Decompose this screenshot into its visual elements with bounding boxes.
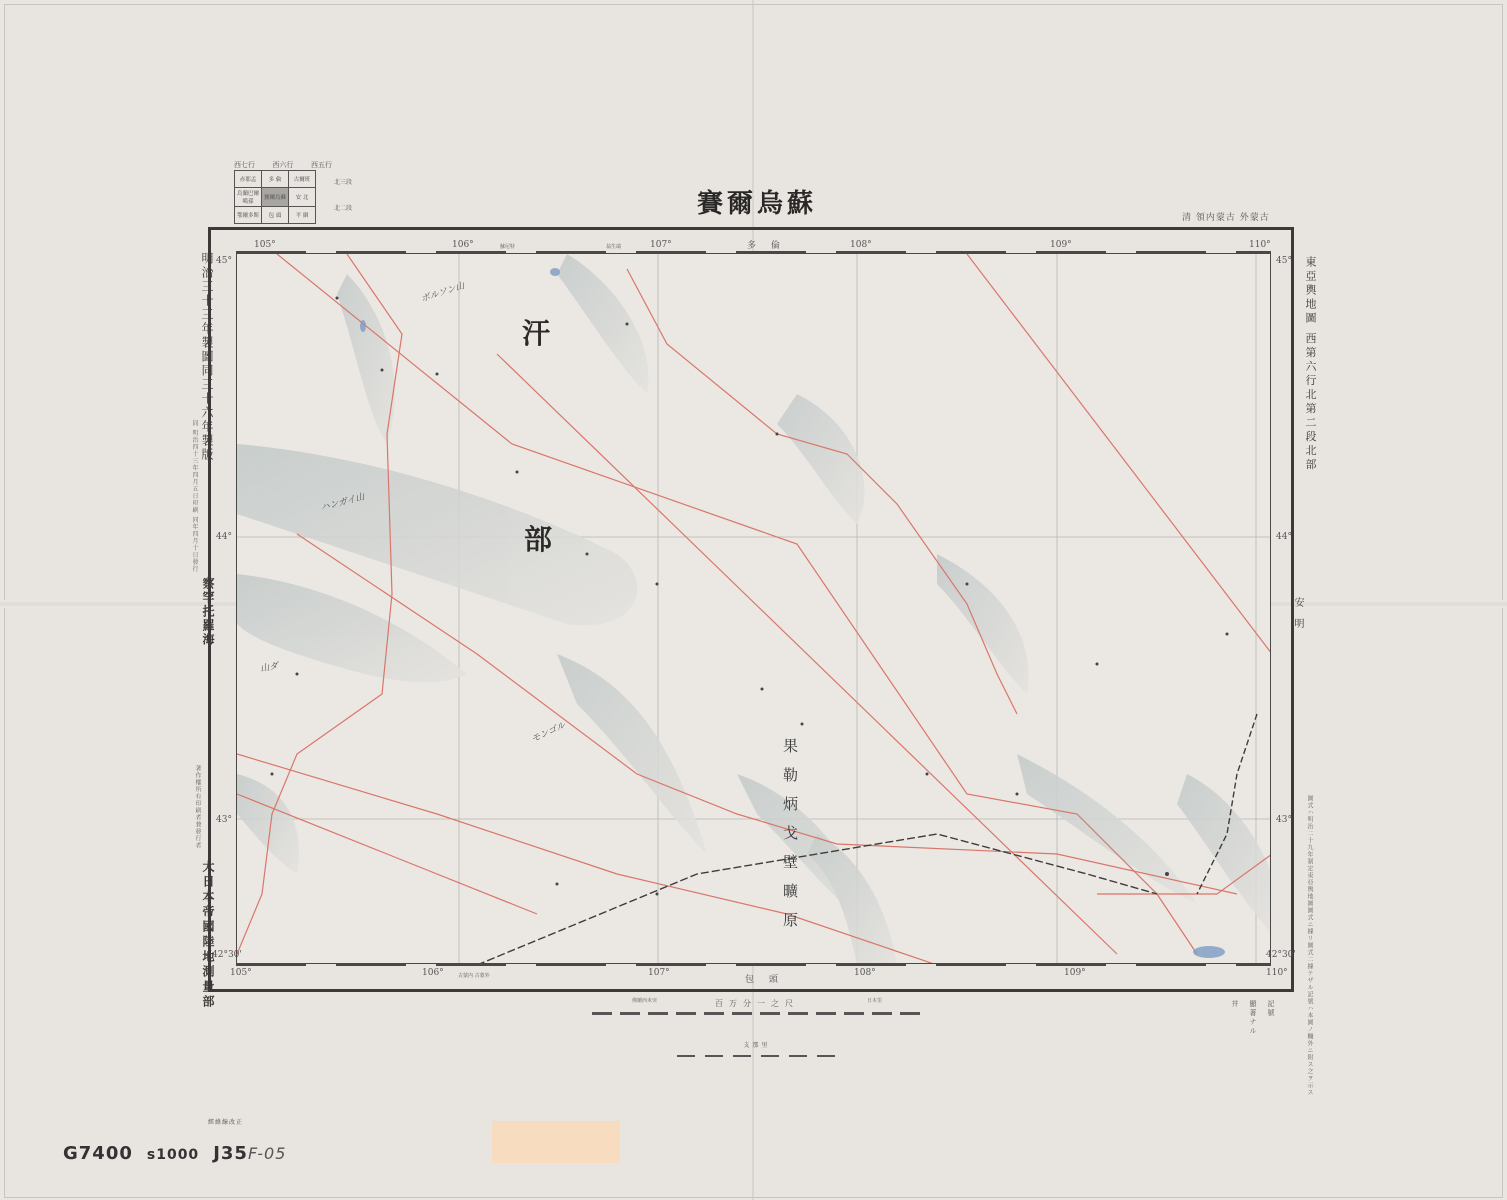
lon-tick-bottom: 105°	[230, 968, 252, 978]
lat-tick-right: 45°	[1276, 256, 1292, 266]
symbol-note: 圖式ハ明治二十九年制定東亞輿地圖圖式ニ據リ圖式二據テザル記號ハ本圖ノ欄外ニ附ス之…	[1305, 795, 1314, 1096]
lon-tick-top: 106°	[452, 240, 474, 250]
lon-tick-top: 105°	[254, 240, 276, 250]
scale-bar-graphic-2	[677, 1055, 837, 1057]
bottom-adjacent-sheet: 包 頭	[745, 972, 784, 985]
top-border-label-1: 蘇尼特	[500, 243, 515, 250]
top-border-label-2: 翁生端	[606, 243, 621, 250]
region-label-han: 汗	[522, 312, 550, 352]
top-adjacent-sheet: 多 倫	[747, 238, 786, 251]
call-number-scale: s1000	[147, 1147, 199, 1163]
map-border-dashes-bottom	[236, 963, 1271, 966]
index-table: 赤那孟 多 倫 古爾班 烏蘭巴爾噶孫 賽爾烏蘇 安 北 鄂爾多斯 包 頭 平 網	[234, 170, 316, 224]
print-date-info: 同 明治四十三年四月五日印刷 同年四月十日發行	[190, 420, 199, 573]
index-col-3: 西五行	[311, 160, 332, 170]
map-border-dashes-top	[236, 251, 1271, 254]
map-inner-frame	[236, 253, 1271, 964]
relief-shading	[237, 254, 1271, 964]
index-cell: 多 倫	[262, 171, 289, 188]
scale-bar-graphic	[592, 1012, 922, 1015]
index-cell: 鄂爾多斯	[235, 207, 262, 224]
index-row-1: 北三段	[334, 170, 352, 196]
lon-tick-bottom: 108°	[854, 968, 876, 978]
lat-tick-right: 42°30'	[1266, 950, 1296, 960]
edition-info: 明治三十三年製圖同三十六年製版	[199, 252, 216, 462]
lon-tick-bottom: 107°	[648, 968, 670, 978]
desert-label: 果勒炳戈壁曠原	[780, 738, 801, 941]
index-cell: 赤那孟	[235, 171, 262, 188]
lat-tick-left: 45°	[216, 256, 232, 266]
sheet-index-grid: 西七行 西六行 西五行 赤那孟 多 倫 古爾班 烏蘭巴爾噶孫 賽爾烏蘇 安 北 …	[228, 160, 338, 224]
lon-tick-bottom: 110°	[1266, 968, 1288, 978]
lon-tick-top: 109°	[1050, 240, 1072, 250]
call-number: G7400s1000J35F-05	[63, 1143, 286, 1164]
lat-tick-left: 44°	[216, 532, 232, 542]
top-right-region-note: 清 領内蒙古 外蒙古	[1182, 210, 1270, 223]
index-col-1: 西七行	[234, 160, 255, 170]
index-cell: 古爾班	[289, 171, 316, 188]
index-cell: 包 頭	[262, 207, 289, 224]
index-column-headers: 西七行 西六行 西五行	[228, 160, 338, 170]
lon-tick-top: 110°	[1249, 240, 1271, 250]
copyright-note: 著作權所有印刷者兼發行者	[193, 765, 202, 849]
map-drawing	[237, 254, 1271, 964]
left-adjacent-sheet: 察罕托羅海	[200, 577, 217, 647]
lon-tick-bottom: 109°	[1064, 968, 1086, 978]
legend: 記號 顯著ナル 井	[1230, 1000, 1276, 1036]
index-col-2: 西六行	[273, 160, 294, 170]
publisher: 大日本帝國陸地測量部	[200, 860, 217, 1010]
routes	[237, 254, 1271, 964]
library-stamp: 經緯線改正	[208, 1117, 243, 1126]
lon-tick-top: 107°	[650, 240, 672, 250]
index-cell-current: 賽爾烏蘇	[262, 188, 289, 207]
paper-label-tag	[492, 1121, 620, 1163]
lat-tick-right: 44°	[1276, 532, 1292, 542]
scale-unit-japanese-ri: 日本里	[867, 997, 882, 1004]
index-cell: 平 網	[289, 207, 316, 224]
lon-tick-bottom: 106°	[422, 968, 444, 978]
series-title: 東亞輿地圖 西第六行北第二段北部	[1302, 256, 1318, 473]
call-number-class: G7400	[63, 1143, 133, 1164]
map-title: 賽爾烏蘇	[697, 183, 817, 220]
index-row-headers: 北三段 北二段	[334, 170, 352, 222]
scale-bar-chinese: 支那里	[677, 1040, 837, 1057]
call-number-handwritten: F-05	[248, 1144, 286, 1163]
lat-tick-right: 43°	[1276, 815, 1292, 825]
right-adjacent-sheet: 安 明	[1290, 597, 1305, 632]
graticule	[237, 254, 1271, 964]
lat-tick-left: 43°	[216, 815, 232, 825]
call-number-cutter: J35	[213, 1143, 248, 1164]
scale-unit-metric: 佛蘭西米突	[632, 997, 657, 1004]
bottom-border-label: 古蒙内 古蒙外	[458, 972, 490, 979]
legend-heading: 記號	[1266, 1000, 1276, 1036]
lon-tick-top: 108°	[850, 240, 872, 250]
index-cell: 烏蘭巴爾噶孫	[235, 188, 262, 207]
index-row-2: 北二段	[334, 196, 352, 222]
index-cell: 安 北	[289, 188, 316, 207]
scale-bar: 百万分一之尺 佛蘭西米突 日本里	[592, 998, 922, 1015]
region-label-bu: 部	[524, 518, 552, 558]
legend-item: 顯著ナル	[1248, 1000, 1258, 1036]
legend-item: 井	[1230, 1000, 1240, 1036]
scale-unit-chinese-li: 支那里	[677, 1040, 837, 1049]
